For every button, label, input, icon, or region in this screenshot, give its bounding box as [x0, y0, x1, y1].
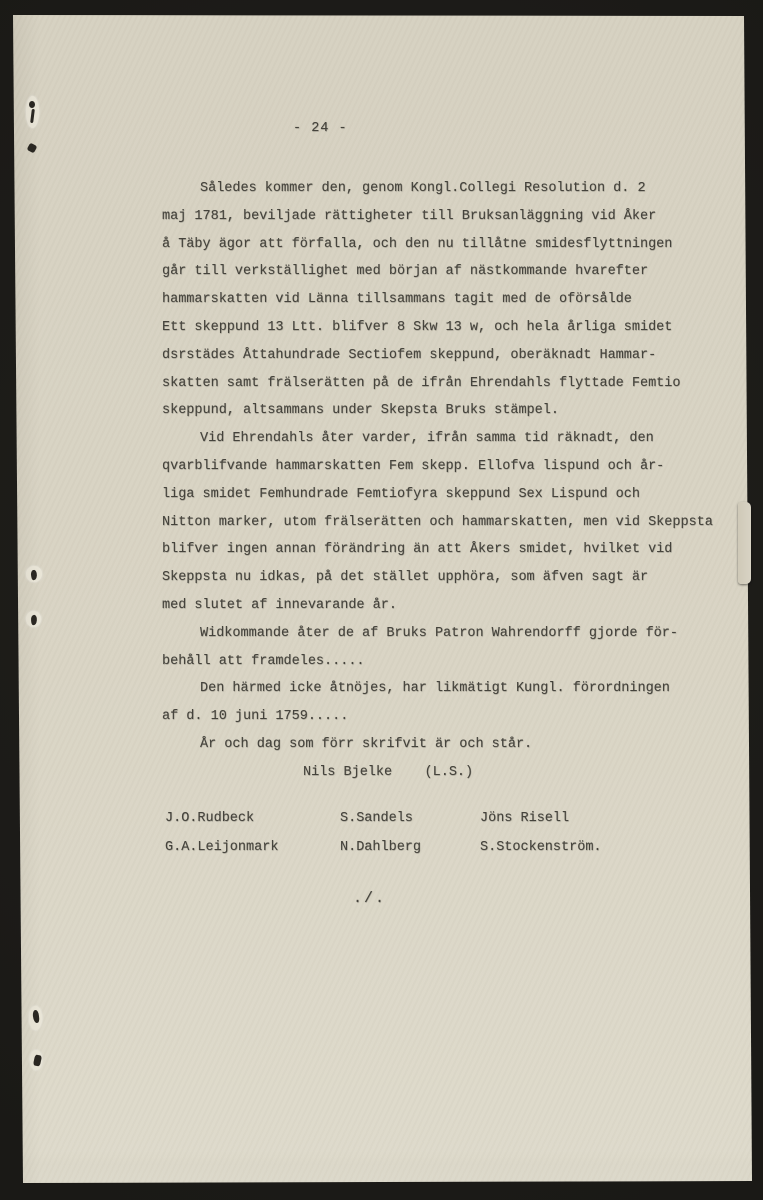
text-line: skatten samt frälserätten på de ifrån Eh… — [162, 370, 742, 398]
text-line: qvarblifvande hammarskatten Fem skepp. E… — [162, 453, 742, 481]
document-body: Således kommer den, genom Kongl.Collegi … — [162, 175, 742, 787]
text-line: skeppund, altsammans under Skepsta Bruks… — [162, 397, 742, 425]
text-line: med slutet af innevarande år. — [162, 592, 742, 620]
signature-name: Jöns Risell — [480, 811, 569, 826]
text-line: Nils Bjelke (L.S.) — [162, 759, 742, 787]
text-line: å Täby ägor att förfalla, och den nu til… — [162, 231, 742, 259]
text-line: dsrstädes Åttahundrade Sectiofem skeppun… — [162, 342, 742, 370]
text-line: går till verkställighet med början af nä… — [162, 258, 742, 286]
text-line: År och dag som förr skrifvit är och står… — [162, 731, 742, 759]
signature-name: S.Stockenström. — [480, 840, 602, 855]
text-line: Vid Ehrendahls åter varder, ifrån samma … — [162, 425, 742, 453]
text-line: blifver ingen annan förändring än att Åk… — [162, 536, 742, 564]
text-line: af d. 10 juni 1759..... — [162, 703, 742, 731]
paper-edge-fragment — [738, 502, 751, 584]
signature-row: J.O.RudbeckS.SandelsJöns Risell — [0, 811, 763, 839]
text-line: hammarskatten vid Länna tillsammans tagi… — [162, 286, 742, 314]
text-line: behåll att framdeles..... — [162, 648, 742, 676]
scanned-document: - 24 - Således kommer den, genom Kongl.C… — [0, 0, 763, 1200]
ink-mark-top-dot — [29, 101, 35, 108]
signature-name: G.A.Leijonmark — [165, 840, 278, 855]
text-line: Skeppsta nu idkas, på det stället upphör… — [162, 564, 742, 592]
signature-name: J.O.Rudbeck — [165, 811, 254, 826]
page-number: - 24 - — [293, 121, 348, 136]
end-mark: ./. — [353, 890, 386, 907]
text-line: Ett skeppund 13 Ltt. blifver 8 Skw 13 w,… — [162, 314, 742, 342]
text-line: Den härmed icke åtnöjes, har likmätigt K… — [162, 675, 742, 703]
text-line: Således kommer den, genom Kongl.Collegi … — [162, 175, 742, 203]
text-line: Widkommande åter de af Bruks Patron Wahr… — [162, 620, 742, 648]
signature-name: S.Sandels — [340, 811, 413, 826]
text-line: Nitton marker, utom frälserätten och ham… — [162, 509, 742, 537]
text-line: maj 1781, beviljade rättigheter till Bru… — [162, 203, 742, 231]
signature-name: N.Dahlberg — [340, 840, 421, 855]
signature-row: G.A.LeijonmarkN.DahlbergS.Stockenström. — [0, 840, 763, 868]
text-line: liga smidet Femhundrade Femtiofyra skepp… — [162, 481, 742, 509]
